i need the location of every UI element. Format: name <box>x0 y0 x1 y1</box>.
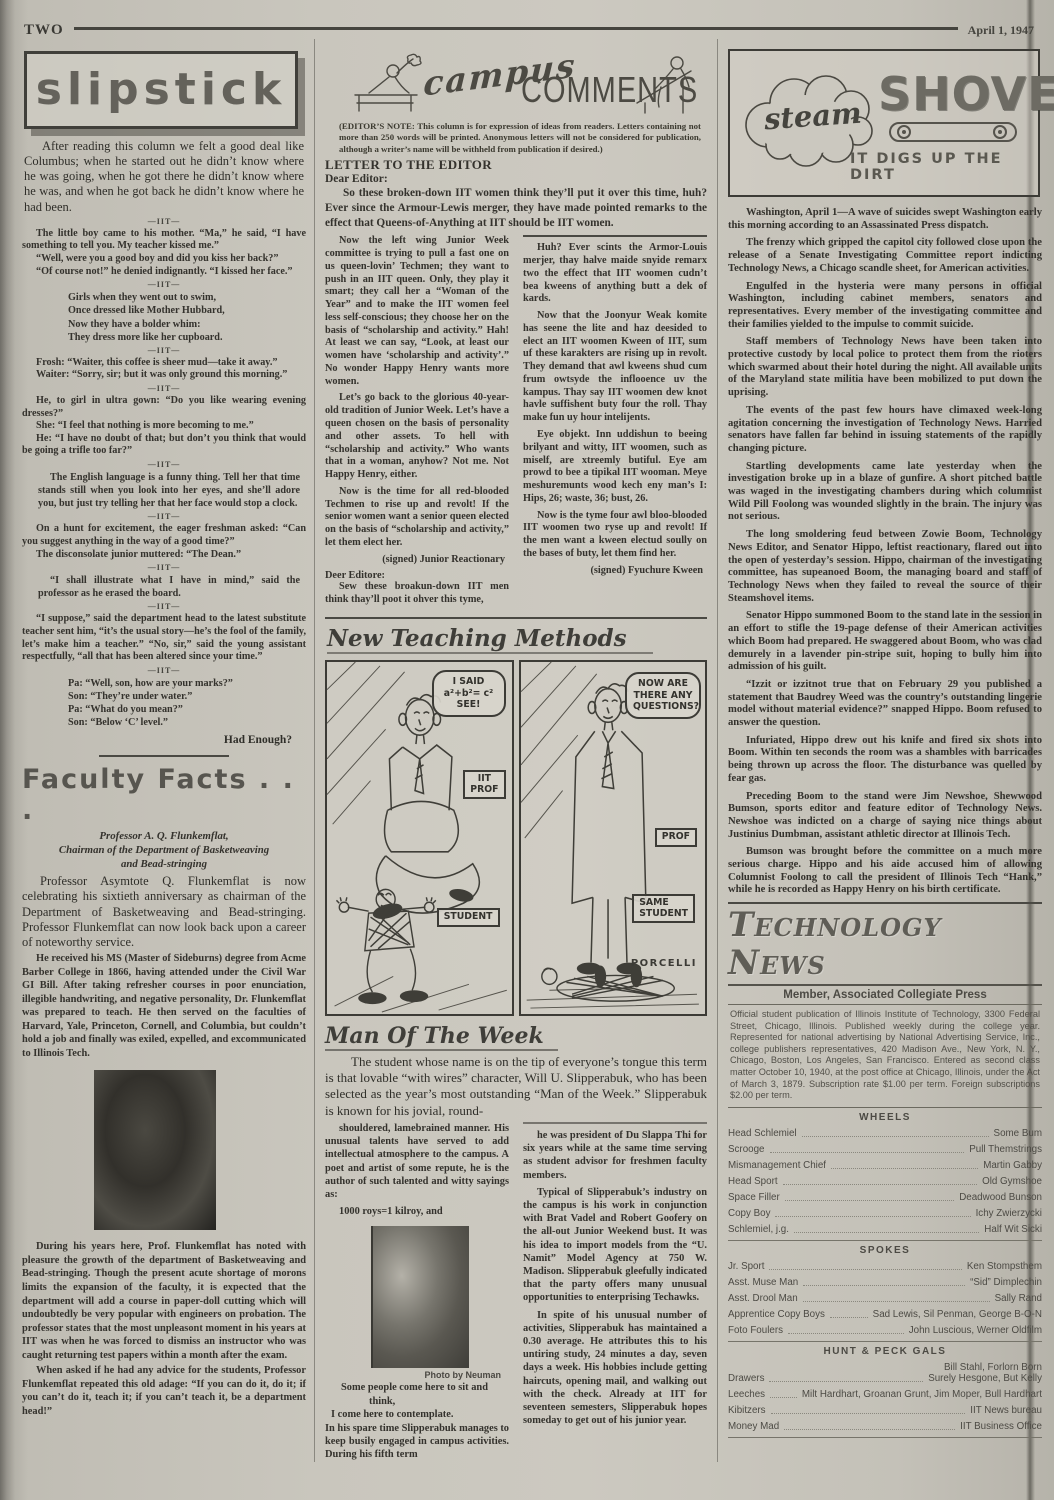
staff-name: Half Wit Sicki <box>984 1224 1042 1235</box>
member-line: Member, Associated Collegiate Press <box>728 984 1042 1005</box>
dotted-leader <box>803 1301 990 1302</box>
staff-role: Scrooge <box>728 1144 765 1155</box>
staff-row: Asst. Drool Man Sally Rand <box>728 1293 1042 1304</box>
dotted-leader <box>770 1152 965 1153</box>
staff-role: Kibitzers <box>728 1405 766 1416</box>
slipstick-line: “I shall illustrate what I have in mind,… <box>38 574 300 600</box>
faculty-paragraph: During his years here, Prof. Flunkemflat… <box>22 1240 306 1362</box>
story-paragraph: Staff members of Technology News have be… <box>728 336 1042 400</box>
slipstick-line: He: “I have no doubt of that; but don’t … <box>22 433 306 458</box>
section-rule <box>325 617 707 619</box>
faculty-paras-top: Professor Asymtote Q. Flunkemflat is now… <box>22 874 306 1060</box>
masthead-rule <box>728 902 1042 904</box>
letter-columns: Now the left wing Junior Week committee … <box>325 235 707 611</box>
staff-row: Space Filler Deadwood Bunson <box>728 1192 1042 1203</box>
masthead-sections: WHEELS Head Schlemiel Some Bum Scrooge <box>728 1112 1042 1438</box>
dotted-leader <box>769 1269 961 1270</box>
letter-paragraph: Now that the Joonyur Weak komite has see… <box>523 310 707 425</box>
staff-name: Sad Lewis, Sil Penman, George B-O-N <box>873 1309 1042 1320</box>
dotted-leader <box>770 1397 797 1398</box>
prof-label: IIT PROF <box>463 770 505 799</box>
staff-role: Foto Foulers <box>728 1325 783 1336</box>
staff-role: Leeches <box>728 1389 765 1400</box>
staff-role: Schlemiel, j.g. <box>728 1224 789 1235</box>
slipstick-line: —IIT— <box>22 346 306 355</box>
slipstick-line: —IIT— <box>22 563 306 572</box>
letter-paragraph: Sew these broakun-down IIT men think tha… <box>325 581 509 607</box>
letter-salutation: Dear Editor: <box>325 173 707 185</box>
staff-role: Asst. Muse Man <box>728 1277 798 1288</box>
staff-row: Money Mad IIT Business Office <box>728 1421 1042 1432</box>
staff-row: Drawers Bill Stahl, Forlorn Born Surely … <box>728 1362 1042 1384</box>
letter-column-right: Huh? Ever scints the Armor-Louis merjer,… <box>523 235 707 611</box>
slipstick-line: After reading this column we felt a good… <box>24 139 304 215</box>
faculty-bylines: Professor A. Q. Flunkemflat,Chairman of … <box>22 829 306 871</box>
column-middle: campus COMMENTS (EDITOR’S NOTE: This col… <box>314 39 718 1462</box>
slipstick-line: —IIT— <box>22 460 306 469</box>
slipstick-line: Son: “They’re under water.” <box>68 690 306 703</box>
story-paragraph: Bumson was brought before the committee … <box>728 846 1042 897</box>
dotted-leader <box>788 1333 904 1334</box>
staff-role: Drawers <box>728 1373 764 1384</box>
story-paragraph: Infuriated, Hippo drew out his knife and… <box>728 735 1042 786</box>
slipperabuk-photo <box>371 1226 469 1368</box>
page-number: TWO <box>24 22 64 39</box>
speech-bubble: I SAID a²+b²= c² SEE! <box>432 670 506 717</box>
mow-column-right: he was president of Du Slappa Thi for si… <box>523 1122 707 1462</box>
staff-role: Copy Boy <box>728 1208 770 1219</box>
letter-paragraph: (signed) Junior Reactionary <box>325 554 505 567</box>
letter-paragraph: Huh? Ever scints the Armor-Louis merjer,… <box>523 242 707 306</box>
verse-line: Some people come here to sit and <box>325 1381 509 1395</box>
mow-paragraph: In his spare time Slipperabuk manages to… <box>325 1422 509 1462</box>
staff-role: Mismanagement Chief <box>728 1160 826 1171</box>
column-right: steam shovel IT DIGS UP THE DIRT Washing… <box>718 39 1042 1462</box>
slipstick-line: Pa: “Well, son, how are your marks?” <box>68 677 306 690</box>
section-divider <box>99 755 229 757</box>
mow-paragraph: 1000 roys=1 kilroy, and <box>339 1205 509 1218</box>
header-rule <box>74 27 958 30</box>
staff-section-heading: WHEELS <box>728 1112 1042 1123</box>
steam-shovel-story: Washington, April 1—A wave of suicides s… <box>728 207 1042 897</box>
dotted-leader <box>771 1413 966 1414</box>
story-paragraph: Washington, April 1—A wave of suicides s… <box>728 207 1042 232</box>
cartoonist-signature: PORCELLI <box>631 958 697 969</box>
slipstick-line: Pa: “What do you mean?” <box>68 703 306 716</box>
verse-line: I come here to contemplate. <box>325 1408 509 1422</box>
staff-section-divider <box>728 1341 1042 1342</box>
staff-role: Head Schlemiel <box>728 1128 797 1139</box>
story-paragraph: The events of the past few hours have cl… <box>728 405 1042 456</box>
man-of-week-title: Man Of The Week <box>325 1023 558 1051</box>
staff-rows: Drawers Bill Stahl, Forlorn Born Surely … <box>728 1362 1042 1432</box>
student-label: STUDENT <box>437 908 500 927</box>
faculty-byline: Professor A. Q. Flunkemflat, <box>22 829 306 843</box>
columns: slipstick After reading this column we f… <box>0 39 1054 1462</box>
slipstick-line: The English language is a funny thing. T… <box>38 471 300 510</box>
dotted-leader <box>831 1168 978 1169</box>
staff-section-heading: SPOKES <box>728 1245 1042 1256</box>
staff-role: Space Filler <box>728 1192 780 1203</box>
story-paragraph: The frenzy which gripped the capitol cit… <box>728 237 1042 275</box>
staff-name: Martin Gabby <box>983 1160 1042 1171</box>
steam-shovel-masthead: steam shovel IT DIGS UP THE DIRT <box>728 49 1040 197</box>
slipstick-line: Waiter: “Sorry, sir; but it was only gro… <box>22 369 306 382</box>
steam-logo-text: steam <box>763 96 863 137</box>
man-of-week-lead: The student whose name is on the tip of … <box>325 1054 707 1119</box>
slipstick-line: The disconsolate junior muttered: “The D… <box>22 549 306 562</box>
dotted-leader <box>783 1184 978 1185</box>
faculty-byline: and Bead-stringing <box>22 857 306 871</box>
letter-heading: LETTER TO THE EDITOR <box>325 157 707 173</box>
faculty-paras-bottom: During his years here, Prof. Flunkemflat… <box>22 1240 306 1418</box>
staff-role: Head Sport <box>728 1176 778 1187</box>
staff-role: Jr. Sport <box>728 1261 764 1272</box>
speech-bubble: NOW ARE THERE ANY QUESTIONS? <box>625 672 701 719</box>
letter-paragraph: Let’s go back to the glorious 40-year-ol… <box>325 392 509 481</box>
story-paragraph: Engulfed in the hysteria were many perso… <box>728 281 1042 332</box>
staff-row: Head Schlemiel Some Bum <box>728 1128 1042 1139</box>
faculty-paragraph: He received his MS (Master of Sideburns)… <box>22 952 306 1060</box>
staff-row: Schlemiel, j.g. Half Wit Sicki <box>728 1224 1042 1235</box>
slipstick-line: —IIT— <box>22 280 306 289</box>
shovel-logo-text: shovel <box>878 67 1054 121</box>
staff-row: Scrooge Pull Themstrings <box>728 1144 1042 1155</box>
slipstick-line: —IIT— <box>22 512 306 521</box>
staff-name: John Luscious, Werner Oldfilm <box>909 1325 1042 1336</box>
staff-section-divider <box>728 1240 1042 1241</box>
page-date: April 1, 1947 <box>968 23 1034 38</box>
slipstick-body: After reading this column we felt a good… <box>22 139 306 746</box>
faculty-paragraph: When asked if he had any advice for the … <box>22 1364 306 1418</box>
slipstick-line: —IIT— <box>22 384 306 393</box>
slipstick-line: “I suppose,” said the department head to… <box>22 613 306 664</box>
mow-paragraph: In spite of his unusual number of activi… <box>523 1309 707 1428</box>
slipstick-line: Now they have a bolder whim: <box>68 318 306 331</box>
staff-row: Asst. Muse Man “Sid” Dimplechin <box>728 1277 1042 1288</box>
letter-paragraph: Eye objekt. Inn uddishun to beeing brily… <box>523 429 707 506</box>
man-of-week-columns: shouldered, lamebrained manner. His unus… <box>325 1122 707 1462</box>
slipstick-line: They dress more like her cupboard. <box>68 331 306 344</box>
slipstick-line: Frosh: “Waiter, this coffee is sheer mud… <box>22 357 306 370</box>
staff-name: Deadwood Bunson <box>959 1192 1042 1203</box>
slipstick-line: Once dressed like Mother Hubbard, <box>68 304 306 317</box>
page-header: TWO April 1, 1947 <box>0 0 1054 39</box>
staff-row: Kibitzers IIT News bureau <box>728 1405 1042 1416</box>
staff-section-heading: HUNT & PECK GALS <box>728 1346 1042 1357</box>
photo-credit: Photo by Neuman <box>325 1370 501 1380</box>
staff-section: HUNT & PECK GALS Drawers Bill Stahl, For… <box>728 1346 1042 1438</box>
cartoon-panel-left: I SAID a²+b²= c² SEE! IIT PROF STUDENT <box>325 660 514 1016</box>
staff-section: SPOKES Jr. Sport Ken Stompsthem Asst. Mu… <box>728 1245 1042 1342</box>
mow-left-paras: shouldered, lamebrained manner. His unus… <box>325 1122 509 1218</box>
staff-name: Ken Stompsthem <box>967 1261 1042 1272</box>
staff-name: Pull Themstrings <box>969 1144 1042 1155</box>
staff-name: Sally Rand <box>995 1293 1042 1304</box>
staff-role: Money Mad <box>728 1421 779 1432</box>
technology-news-logo: Technology News <box>728 907 1042 982</box>
story-paragraph: “Izzit or izzitnot true that on February… <box>728 679 1042 730</box>
dotted-leader <box>830 1317 868 1318</box>
slipstick-line: —IIT— <box>22 666 306 675</box>
letter-column-left: Now the left wing Junior Week committee … <box>325 235 509 611</box>
staff-row: Mismanagement Chief Martin Gabby <box>728 1160 1042 1171</box>
slipstick-line: —IIT— <box>22 602 306 611</box>
story-paragraph: Senator Hippo summoned Boom to the stand… <box>728 610 1042 674</box>
story-paragraph: Startling developments came late yesterd… <box>728 461 1042 525</box>
letter-paragraph: (signed) Fyuchure Kween <box>523 565 703 578</box>
slipstick-line: “Of course not!” he denied indignantly. … <box>22 266 306 279</box>
staff-section: WHEELS Head Schlemiel Some Bum Scrooge <box>728 1112 1042 1241</box>
staff-role: Apprentice Copy Boys <box>728 1309 825 1320</box>
staff-name: “Sid” Dimplechin <box>970 1277 1042 1288</box>
faculty-paragraph: Professor Asymtote Q. Flunkemflat is now… <box>22 874 306 950</box>
staff-row: Copy Boy Ichy Zwierzycki <box>728 1208 1042 1219</box>
slipstick-line: On a hunt for excitement, the eager fres… <box>22 523 306 548</box>
slipstick-line: —IIT— <box>22 217 306 226</box>
dotted-leader <box>769 1381 923 1382</box>
slipstick-line: The little boy came to his mother. “Ma,”… <box>22 228 306 253</box>
staff-row: Apprentice Copy Boys Sad Lewis, Sil Penm… <box>728 1309 1042 1320</box>
staff-section-divider <box>728 1437 1042 1438</box>
same-student-label: SAME STUDENT <box>632 894 695 923</box>
dotted-leader <box>794 1232 979 1233</box>
dotted-leader <box>803 1285 965 1286</box>
staff-name: Bill Stahl, Forlorn Born Surely Hesgone,… <box>928 1362 1042 1384</box>
slipstick-line: Son: “Below ‘C’ level.” <box>68 716 306 729</box>
slipstick-title: slipstick <box>36 70 287 110</box>
slipstick-masthead: slipstick <box>24 51 298 129</box>
dotted-leader <box>802 1136 989 1137</box>
staff-name: IIT Business Office <box>960 1421 1042 1432</box>
staff-row: Head Sport Old Gymshoe <box>728 1176 1042 1187</box>
mow-column-left: shouldered, lamebrained manner. His unus… <box>325 1122 509 1462</box>
cartoon-panel-right: NOW ARE THERE ANY QUESTIONS? PROF SAME S… <box>519 660 708 1016</box>
story-paragraph: Preceding Boom to the stand were Jim New… <box>728 791 1042 842</box>
prof-label: PROF <box>655 828 697 847</box>
steam-shovel-tagline: IT DIGS UP THE DIRT <box>850 151 1038 183</box>
column-left: slipstick After reading this column we f… <box>22 39 314 1462</box>
letter-intro: So these broken-down IIT women think the… <box>325 186 707 230</box>
story-paragraph: The long smoldering feud between Zowie B… <box>728 529 1042 605</box>
verse-line: think, <box>369 1395 509 1409</box>
mow-paragraph: shouldered, lamebrained manner. His unus… <box>325 1122 509 1201</box>
slipstick-line: “Well, were you a good boy and did you k… <box>22 253 306 266</box>
slipstick-line: He, to girl in ultra gown: “Do you like … <box>22 395 306 420</box>
staff-row: Leeches Milt Hardhart, Groanan Grunt, Ji… <box>728 1389 1042 1400</box>
faculty-facts-title: Faculty Facts . . . <box>22 764 306 826</box>
staff-name: Milt Hardhart, Groanan Grunt, Jim Moper,… <box>802 1389 1042 1400</box>
cartoon-panels: I SAID a²+b²= c² SEE! IIT PROF STUDENT <box>325 660 707 1016</box>
staff-name: Some Bum <box>994 1128 1042 1139</box>
mow-paragraph: he was president of Du Slappa Thi for si… <box>523 1129 707 1182</box>
slipstick-line: She: “I feel that nothing is more becomi… <box>22 420 306 433</box>
newspaper-page: TWO April 1, 1947 slipstick After readin… <box>0 0 1054 1500</box>
letter-paragraph: Deer Editore: <box>325 570 509 581</box>
campus-comments-masthead: campus COMMENTS <box>325 53 707 119</box>
staff-rows: Head Schlemiel Some Bum Scrooge Pull The… <box>728 1128 1042 1235</box>
staff-row: Jr. Sport Ken Stompsthem <box>728 1261 1042 1272</box>
dotted-leader <box>785 1200 954 1201</box>
letter-paragraph: Now is the tyme four awl bloo-blooded II… <box>523 510 707 561</box>
drafting-table-doodle-icon <box>631 53 701 115</box>
staff-role: Asst. Drool Man <box>728 1293 798 1304</box>
staff-name: IIT News bureau <box>970 1405 1042 1416</box>
slipstick-line: Had Enough? <box>22 734 292 746</box>
staff-row: Foto Foulers John Luscious, Werner Oldfi… <box>728 1325 1042 1336</box>
dotted-leader <box>784 1429 955 1430</box>
faculty-photo <box>94 1070 216 1230</box>
slipstick-line: Girls when they went out to swim, <box>68 291 306 304</box>
mow-paragraph: Typical of Slipperabuk’s industry on the… <box>523 1186 707 1305</box>
conveyor-wheels-icon <box>888 121 1018 143</box>
staff-name: Old Gymshoe <box>982 1176 1042 1187</box>
publication-info: Official student publication of Illinois… <box>728 1005 1042 1108</box>
dotted-leader <box>775 1216 970 1217</box>
cartoon-title: New Teaching Methods <box>327 625 653 654</box>
letter-paragraph: Now the left wing Junior Week committee … <box>325 235 509 388</box>
letter-paragraph: Now is the time for all red-blooded Tech… <box>325 486 509 550</box>
staff-name: Ichy Zwierzycki <box>976 1208 1042 1219</box>
mow-verse: Some people come here to sit andthink,I … <box>325 1381 509 1422</box>
faculty-byline: Chairman of the Department of Basketweav… <box>22 843 306 857</box>
editors-note: (EDITOR’S NOTE: This column is for expre… <box>339 121 701 155</box>
staff-rows: Jr. Sport Ken Stompsthem Asst. Muse Man … <box>728 1261 1042 1336</box>
